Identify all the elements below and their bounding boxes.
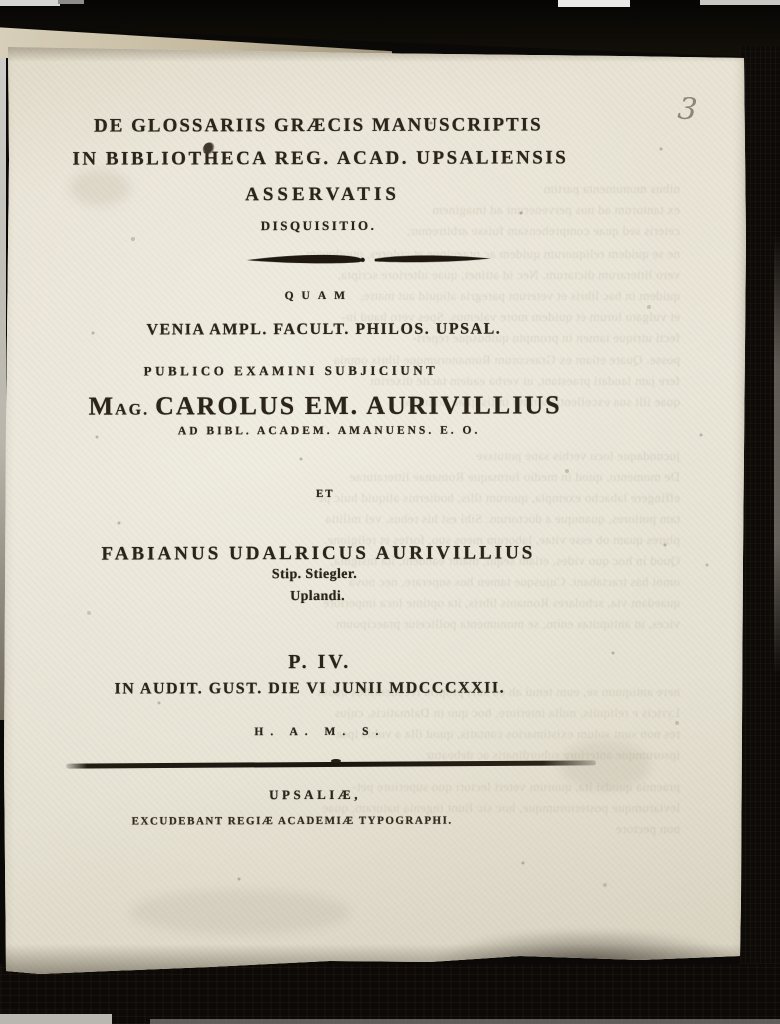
scanner-edge-sliver (700, 0, 780, 5)
part-number: P. IV. (55, 651, 585, 672)
typographic-ornament (244, 251, 494, 268)
scanner-edge-sliver (150, 1019, 780, 1024)
venue-date-line: IN AUDIT. GUST. DIE VI JUNII MDCCCXXII. (45, 680, 575, 697)
scanner-edge-sliver (558, 0, 630, 7)
et-line: ET (60, 488, 590, 500)
quam-line: QUAM (54, 290, 584, 303)
author2-stipend: Stip. Stiegler. (49, 567, 579, 582)
paper-stain (130, 890, 350, 934)
scanner-edge-sliver (58, 0, 84, 4)
author2-origin: Uplandi. (53, 589, 583, 604)
book-scan: nibus monumenta partimex tantorum ad nos… (0, 0, 780, 1024)
title-page-paper: nibus monumenta partimex tantorum ad nos… (0, 0, 750, 980)
hams-line: H. A. M. S. (55, 726, 585, 739)
author1-prefix-smallcaps: AG. (115, 401, 149, 418)
page-stack-edge-right (774, 235, 780, 675)
imprint-printer: EXCUDEBANT REGIÆ ACADEMIÆ TYPOGRAPHI. (27, 815, 557, 827)
scanner-edge-sliver (0, 1014, 112, 1024)
author1-role: AD BIBL. ACADEM. AMANUENS. E. O. (64, 425, 594, 438)
author1-name-line: MAG.CAROLUS EM. AURIVILLIUS (60, 392, 590, 419)
handwritten-page-number: 3 (676, 91, 699, 128)
title-line-3: ASSERVATIS (57, 184, 587, 204)
author2-name: FABIANUS UDALRICUS AURIVILLIUS (53, 543, 583, 563)
publico-line: PUBLICO EXAMINI SUBJICIUNT (26, 363, 556, 377)
scan-shadow-bottom (430, 928, 742, 964)
imprint-city: UPSALIÆ, (50, 787, 580, 801)
title-line-1: DE GLOSSARIIS GRÆCIS MANUSCRIPTIS (53, 115, 583, 135)
binding-cloth-bottom (0, 964, 780, 1024)
author1-prefix-initial: M (89, 392, 116, 421)
venia-line: VENIA AMPL. FACULT. PHILOS. UPSAL. (59, 321, 589, 338)
title-line-2: IN BIBLIOTHECA REG. ACAD. UPSALIENSIS (55, 148, 585, 168)
bleedthrough-lines: jucundaque loco verbis sane potuisseDe m… (60, 445, 680, 529)
scanner-edge-sliver (0, 0, 60, 6)
author1-name: CAROLUS EM. AURIVILLIUS (155, 390, 562, 420)
subtitle-disquisitio: DISQUISITIO. (54, 218, 584, 232)
